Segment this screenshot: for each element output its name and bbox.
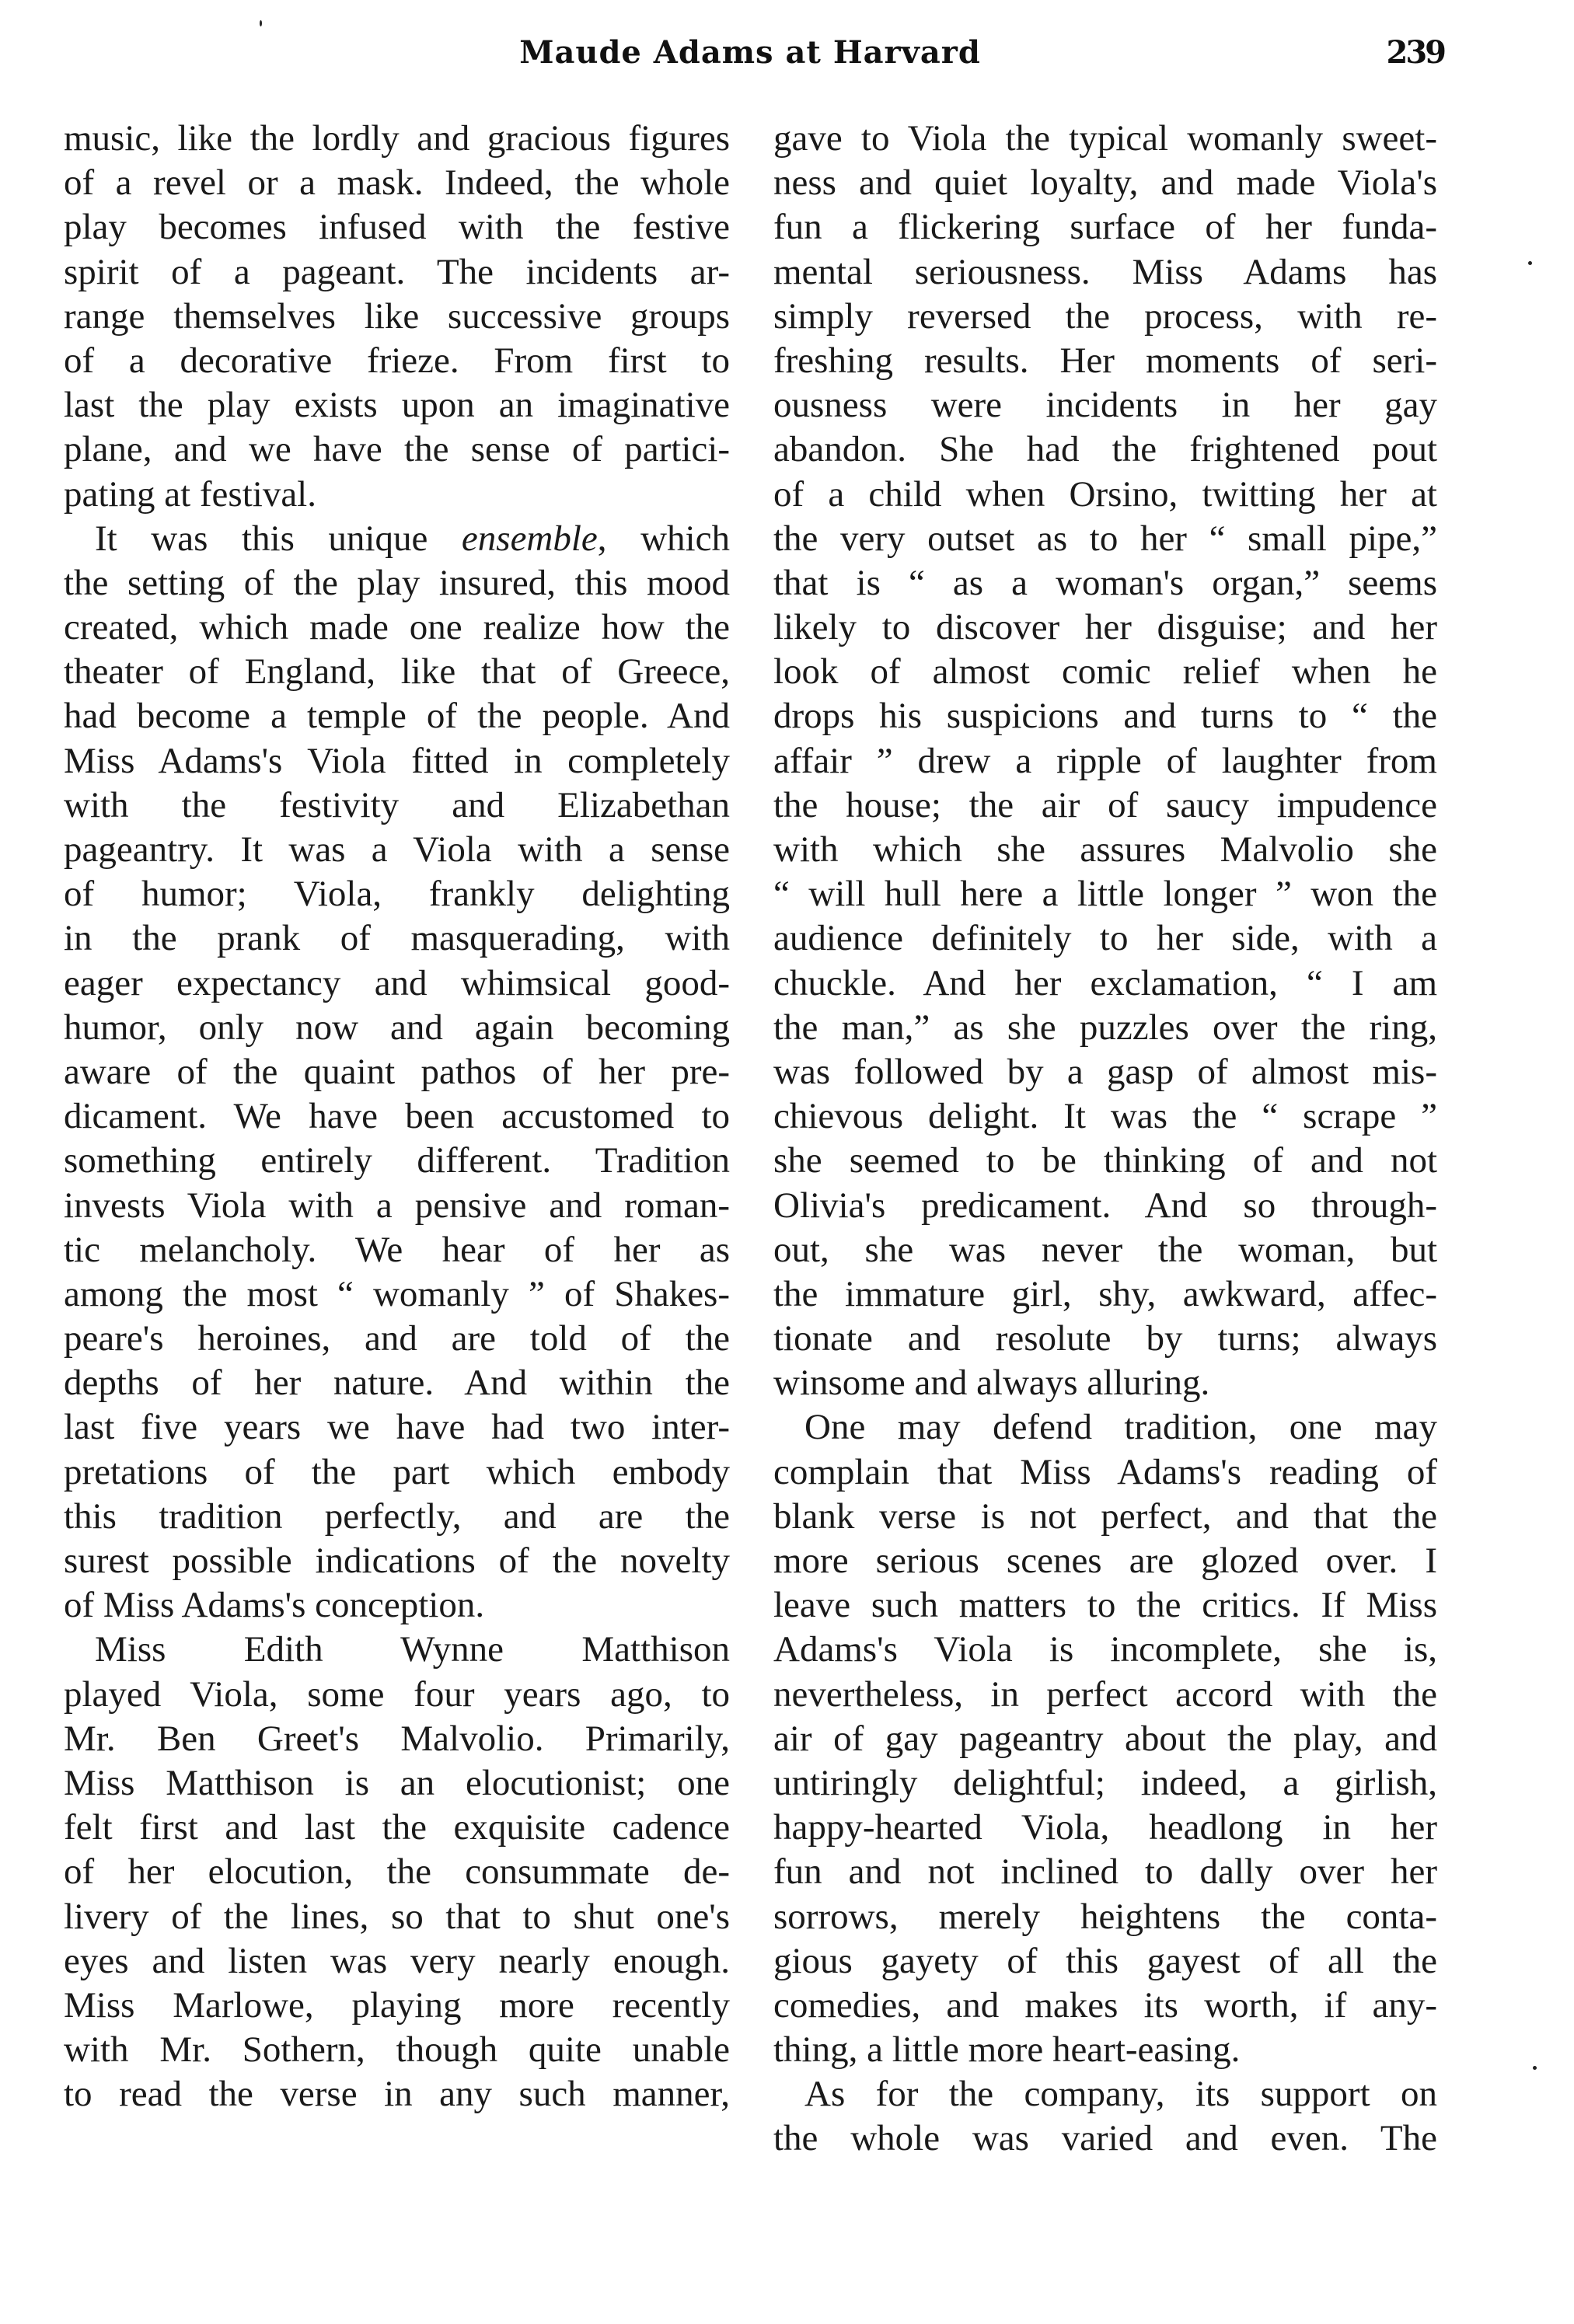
text-line: dicament. We have been accustomed to: [64, 1094, 730, 1139]
text-line: complain that Miss Adams's reading of: [773, 1450, 1437, 1495]
text-line: likely to discover her disguise; and her: [773, 605, 1437, 650]
text-line: that is “ as a woman's organ,” seems: [773, 561, 1437, 605]
text-line: played Viola, some four years ago, to: [64, 1673, 730, 1717]
text-line: of her elocution, the consummate de-: [64, 1850, 730, 1894]
text-line: tic melancholy. We hear of her as: [64, 1228, 730, 1272]
text-line: invests Viola with a pensive and roman-: [64, 1184, 730, 1228]
text-line: untiringly delightful; indeed, a girlish…: [773, 1761, 1437, 1806]
text-line: eager expectancy and whimsical good-: [64, 961, 730, 1006]
running-title: Maude Adams at Harvard: [435, 30, 1065, 76]
text-line: humor, only now and again becoming: [64, 1006, 730, 1050]
text-line: Miss Matthison is an elocutionist; one: [64, 1761, 730, 1806]
text-line: of a revel or a mask. Indeed, the whole: [64, 161, 730, 205]
text-line: ousness were incidents in her gay: [773, 383, 1437, 427]
text-line: created, which made one realize how the: [64, 605, 730, 650]
scan-speck: [1533, 2066, 1537, 2070]
text-line: with Mr. Sothern, though quite unable: [64, 2028, 730, 2072]
left-column: music, like the lordly and gracious figu…: [64, 117, 730, 2116]
text-line: with which she assures Malvolio she: [773, 828, 1437, 872]
text-line: fun and not inclined to dally over her: [773, 1850, 1437, 1894]
text-line: to read the verse in any such manner,: [64, 2072, 730, 2116]
text-line: Miss Marlowe, playing more recently: [64, 1984, 730, 2028]
text-line: play becomes infused with the festive: [64, 205, 730, 249]
text-line: had become a temple of the people. And: [64, 694, 730, 738]
scan-speck: [1528, 261, 1532, 265]
italic-term: ensemble: [462, 518, 598, 559]
text-line: the immature girl, shy, awkward, affec-: [773, 1272, 1437, 1317]
text-line: sorrows, merely heightens the conta-: [773, 1895, 1437, 1939]
text-line: audience definitely to her side, with a: [773, 916, 1437, 961]
text-line: chuckle. And her exclamation, “ I am: [773, 961, 1437, 1006]
text-line: music, like the lordly and gracious figu…: [64, 117, 730, 161]
text-line: abandon. She had the frightened pout: [773, 427, 1437, 472]
text-line: felt first and last the exquisite cadenc…: [64, 1806, 730, 1850]
text-line: of a child when Orsino, twitting her at: [773, 473, 1437, 517]
text-line: pageantry. It was a Viola with a sense: [64, 828, 730, 872]
text-line: eyes and listen was very nearly enough.: [64, 1939, 730, 1984]
right-column: gave to Viola the typical womanly sweet-…: [773, 117, 1437, 2162]
text-line: tionate and resolute by turns; always: [773, 1317, 1437, 1361]
paragraph-start-line: Miss Edith Wynne Matthison: [64, 1628, 730, 1672]
text-line: among the most “ womanly ” of Shakes-: [64, 1272, 730, 1317]
text-line: the whole was varied and even. The: [773, 2116, 1437, 2161]
text-line: more serious scenes are glozed over. I: [773, 1539, 1437, 1583]
text-line: leave such matters to the critics. If Mi…: [773, 1583, 1437, 1628]
text-line: gious gayety of this gayest of all the: [773, 1939, 1437, 1984]
text-line: something entirely different. Tradition: [64, 1139, 730, 1183]
text-line: surest possible indications of the novel…: [64, 1539, 730, 1583]
paragraph-start-line: As for the company, its support on: [773, 2072, 1437, 2116]
text-line: mental seriousness. Miss Adams has: [773, 250, 1437, 295]
paragraph-start-line: One may defend tradition, one may: [773, 1405, 1437, 1450]
text-line: look of almost comic relief when he: [773, 650, 1437, 694]
text-line: Olivia's predicament. And so through-: [773, 1184, 1437, 1228]
text-line: ness and quiet loyalty, and made Viola's: [773, 161, 1437, 205]
paragraph-end-line: of Miss Adams's conception.: [64, 1583, 730, 1628]
page-number: 239: [1352, 30, 1444, 76]
text-line: freshing results. Her moments of seri-: [773, 339, 1437, 383]
text-line: fun a flickering surface of her funda-: [773, 205, 1437, 249]
text-line: air of gay pageantry about the play, and: [773, 1717, 1437, 1761]
text-line: happy-hearted Viola, headlong in her: [773, 1806, 1437, 1850]
text-line: with the festivity and Elizabethan: [64, 783, 730, 828]
text-run: It was this unique: [95, 518, 462, 559]
paragraph-end-line: thing, a little more heart-easing.: [773, 2028, 1437, 2072]
text-run: , which: [598, 518, 730, 559]
text-line: comedies, and makes its worth, if any-: [773, 1984, 1437, 2028]
paragraph-start-line: It was this unique ensemble, which: [64, 517, 730, 561]
paragraph-end-line: winsome and always alluring.: [773, 1361, 1437, 1405]
text-line: of humor; Viola, frankly delighting: [64, 872, 730, 916]
text-line: peare's heroines, and are told of the: [64, 1317, 730, 1361]
text-line: last the play exists upon an imaginative: [64, 383, 730, 427]
paragraph-end-line: pating at festival.: [64, 473, 730, 517]
text-line: Mr. Ben Greet's Malvolio. Primarily,: [64, 1717, 730, 1761]
text-line: gave to Viola the typical womanly sweet-: [773, 117, 1437, 161]
text-line: Miss Adams's Viola fitted in completely: [64, 739, 730, 783]
text-line: out, she was never the woman, but: [773, 1228, 1437, 1272]
text-line: nevertheless, in perfect accord with the: [773, 1673, 1437, 1717]
text-line: spirit of a pageant. The incidents ar-: [64, 250, 730, 295]
text-line: blank verse is not perfect, and that the: [773, 1495, 1437, 1539]
text-line: was followed by a gasp of almost mis-: [773, 1050, 1437, 1094]
scanned-page: Maude Adams at Harvard 239 music, like t…: [0, 0, 1574, 2324]
text-line: the setting of the play insured, this mo…: [64, 561, 730, 605]
text-line: range themselves like successive groups: [64, 295, 730, 339]
text-line: livery of the lines, so that to shut one…: [64, 1895, 730, 1939]
text-line: drops his suspicions and turns to “ the: [773, 694, 1437, 738]
text-line: “ will hull here a little longer ” won t…: [773, 872, 1437, 916]
text-line: last five years we have had two inter-: [64, 1405, 730, 1450]
text-line: depths of her nature. And within the: [64, 1361, 730, 1405]
text-line: the house; the air of saucy impudence: [773, 783, 1437, 828]
text-line: plane, and we have the sense of partici-: [64, 427, 730, 472]
text-line: this tradition perfectly, and are the: [64, 1495, 730, 1539]
text-line: the very outset as to her “ small pipe,”: [773, 517, 1437, 561]
scan-speck: [260, 20, 262, 26]
text-line: she seemed to be thinking of and not: [773, 1139, 1437, 1183]
text-line: of a decorative frieze. From first to: [64, 339, 730, 383]
text-line: aware of the quaint pathos of her pre-: [64, 1050, 730, 1094]
text-line: Adams's Viola is incomplete, she is,: [773, 1628, 1437, 1672]
text-line: affair ” drew a ripple of laughter from: [773, 739, 1437, 783]
text-line: chievous delight. It was the “ scrape ”: [773, 1094, 1437, 1139]
text-line: simply reversed the process, with re-: [773, 295, 1437, 339]
text-line: in the prank of masquerading, with: [64, 916, 730, 961]
text-line: the man,” as she puzzles over the ring,: [773, 1006, 1437, 1050]
text-line: pretations of the part which embody: [64, 1450, 730, 1495]
text-line: theater of England, like that of Greece,: [64, 650, 730, 694]
